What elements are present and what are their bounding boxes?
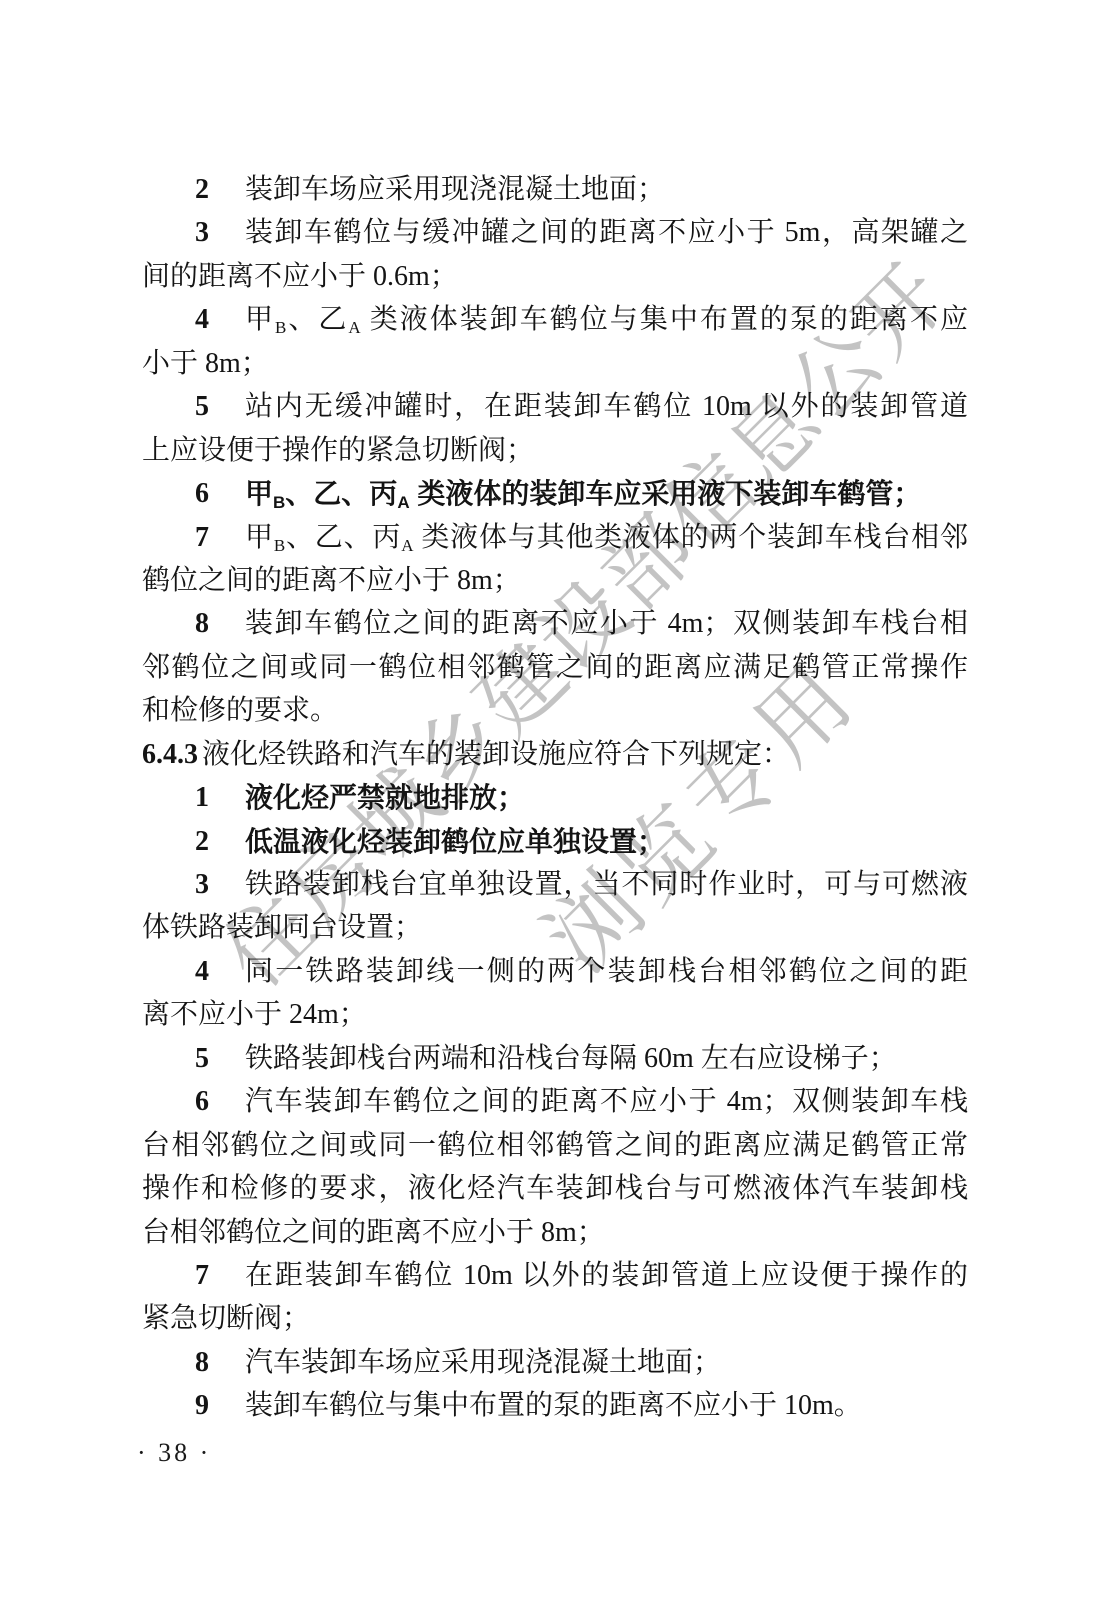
subscript-label: A — [348, 318, 360, 337]
subscript-label: B — [274, 536, 285, 555]
text-line: 8汽车装卸车场应采用现浇混凝土地面； — [142, 1341, 968, 1384]
text-line: 6甲B、乙、丙A 类液体的装卸车应采用液下装卸车鹤管； — [142, 472, 968, 515]
text-line: 5站内无缓冲罐时，在距装卸车鹤位 10m 以外的装卸管道 — [142, 385, 968, 428]
text-line: 7在距装卸车鹤位 10m 以外的装卸管道上应设便于操作的 — [142, 1254, 968, 1297]
text-line: 台相邻鹤位之间或同一鹤位相邻鹤管之间的距离应满足鹤管正常 — [142, 1124, 968, 1167]
text-line: 8装卸车鹤位之间的距离不应小于 4m；双侧装卸车栈台相 — [142, 602, 968, 645]
text-line: 6.4.3液化烃铁路和汽车的装卸设施应符合下列规定： — [142, 733, 968, 776]
text-line: 1液化烃严禁就地排放； — [142, 776, 968, 819]
subscript-label: B — [273, 493, 285, 512]
item-number: 3 — [195, 211, 209, 254]
item-number: 7 — [195, 516, 209, 559]
text-line: 紧急切断阀； — [142, 1297, 968, 1340]
text-line: 离不应小于 24m； — [142, 993, 968, 1036]
text-line: 体铁路装卸同台设置； — [142, 906, 968, 949]
document-body: 2装卸车场应采用现浇混凝土地面；3装卸车鹤位与缓冲罐之间的距离不应小于 5m，高… — [142, 168, 968, 1428]
item-number: 6 — [195, 472, 209, 515]
document-page: 住房城乡建设部信息公开 浏览专用 2装卸车场应采用现浇混凝土地面；3装卸车鹤位与… — [0, 0, 1102, 1598]
text-line: 小于 8m； — [142, 342, 968, 385]
text-line: 6汽车装卸车鹤位之间的距离不应小于 4m；双侧装卸车栈 — [142, 1080, 968, 1123]
text-line: 4同一铁路装卸线一侧的两个装卸栈台相邻鹤位之间的距 — [142, 950, 968, 993]
item-number: 5 — [195, 1037, 209, 1080]
item-number: 4 — [195, 298, 209, 341]
item-number: 4 — [195, 950, 209, 993]
text-line: 邻鹤位之间或同一鹤位相邻鹤管之间的距离应满足鹤管正常操作 — [142, 646, 968, 689]
text-line: 鹤位之间的距离不应小于 8m； — [142, 559, 968, 602]
text-line: 3装卸车鹤位与缓冲罐之间的距离不应小于 5m，高架罐之 — [142, 211, 968, 254]
item-number: 5 — [195, 385, 209, 428]
item-number: 7 — [195, 1254, 209, 1297]
text-line: 3铁路装卸栈台宜单独设置，当不同时作业时，可与可燃液 — [142, 863, 968, 906]
subscript-label: B — [275, 318, 286, 337]
subscript-label: A — [401, 536, 413, 555]
item-number: 8 — [195, 1341, 209, 1384]
text-line: 4甲B、乙A 类液体装卸车鹤位与集中布置的泵的距离不应 — [142, 298, 968, 341]
subscript-label: A — [397, 493, 409, 512]
text-line: 台相邻鹤位之间的距离不应小于 8m； — [142, 1211, 968, 1254]
item-number: 3 — [195, 863, 209, 906]
text-line: 2低温液化烃装卸鹤位应单独设置； — [142, 820, 968, 863]
text-line: 和检修的要求。 — [142, 689, 968, 732]
page-number: · 38 · — [137, 1438, 211, 1468]
text-line: 5铁路装卸栈台两端和沿栈台每隔 60m 左右应设梯子； — [142, 1037, 968, 1080]
item-number: 9 — [195, 1384, 209, 1427]
item-number: 2 — [195, 168, 209, 211]
item-number: 1 — [195, 776, 209, 819]
text-line: 2装卸车场应采用现浇混凝土地面； — [142, 168, 968, 211]
text-line: 操作和检修的要求，液化烃汽车装卸栈台与可燃液体汽车装卸栈 — [142, 1167, 968, 1210]
text-line: 7甲B、乙、丙A 类液体与其他类液体的两个装卸车栈台相邻 — [142, 516, 968, 559]
item-number: 6 — [195, 1080, 209, 1123]
item-number: 2 — [195, 820, 209, 863]
item-number: 8 — [195, 602, 209, 645]
text-line: 9装卸车鹤位与集中布置的泵的距离不应小于 10m。 — [142, 1384, 968, 1427]
section-number: 6.4.3 — [142, 733, 198, 776]
text-line: 间的距离不应小于 0.6m； — [142, 255, 968, 298]
text-line: 上应设便于操作的紧急切断阀； — [142, 429, 968, 472]
